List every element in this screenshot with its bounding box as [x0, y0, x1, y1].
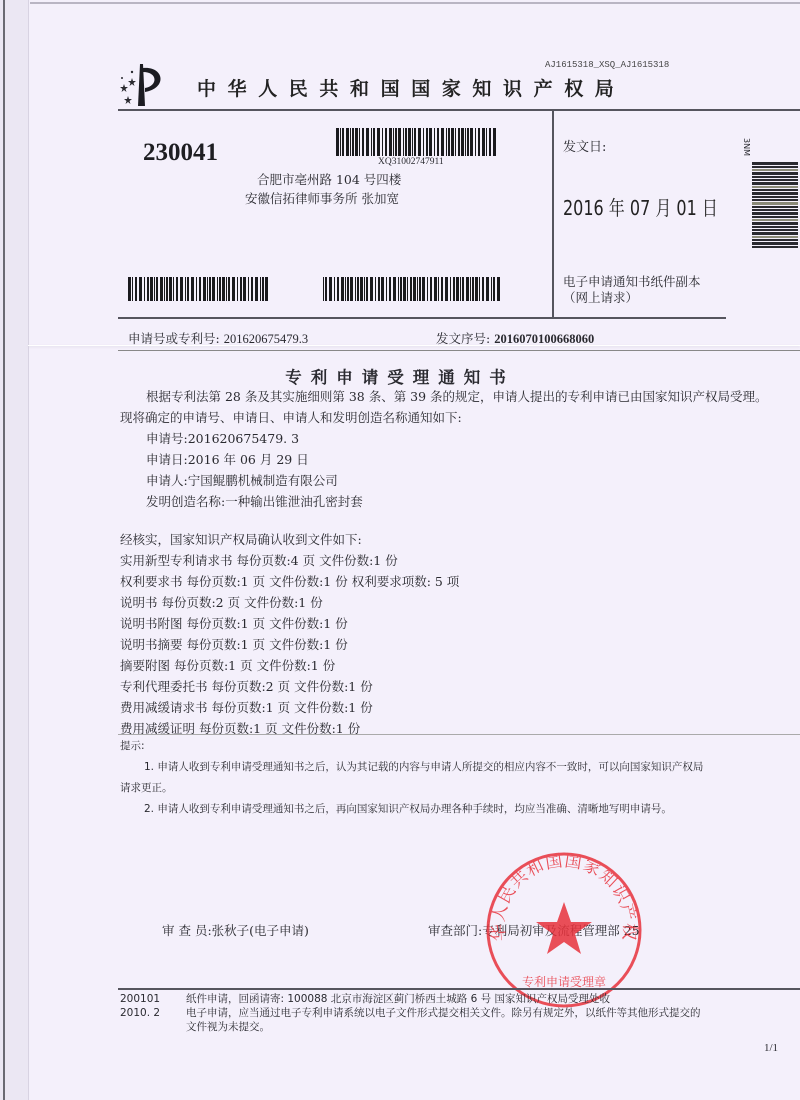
serial-number: 2016070100668060: [494, 332, 594, 346]
serial-label: 发文序号:: [436, 331, 490, 346]
issue-date-label: 发文日:: [563, 136, 606, 155]
field-applicant: 申请人:宁国鲲鹏机械制造有限公司: [146, 470, 338, 491]
examiner-row: 审 查 员:张秋子(电子申请): [162, 921, 309, 939]
received-file: 费用减缓请求书 每份页数:1 页 文件份数:1 份: [120, 697, 373, 718]
application-number: 201620675479.3: [224, 332, 308, 346]
address-line-1: 合肥市亳州路 104 号四楼: [257, 170, 401, 188]
department-label: 审查部门:: [428, 923, 482, 938]
address-line-2: 安徽信拓律师事务所 张加宽: [245, 189, 399, 207]
notice-title: 专利申请受理通知书: [0, 364, 800, 388]
routing-barcode-1: [128, 277, 269, 301]
footer-line-1: 纸件申请，回函请寄: 100088 北京市海淀区蓟门桥西土城路 6 号 国家知识…: [186, 992, 610, 1006]
official-seal-icon: 中华人民共和国国家知识产权局 专利申请受理章: [484, 850, 644, 1010]
received-file: 费用减缓证明 每份页数:1 页 文件份数:1 份: [120, 718, 360, 739]
organization-title: 中华人民共和国国家知识产权局: [197, 74, 625, 101]
side-mark: 3NM: [742, 138, 751, 156]
received-file: 专利代理委托书 每份页数:2 页 文件份数:1 份: [120, 676, 373, 697]
page-edge: [30, 2, 800, 4]
notice-intro: 根据专利法第 28 条及其实施细则第 38 条、第 39 条的规定，申请人提出的…: [120, 386, 780, 428]
side-barcode: [752, 162, 798, 249]
tips-rule: [118, 734, 800, 735]
header-rule: [118, 109, 800, 111]
footer-line-2: 电子申请，应当通过电子专利申请系统以电子文件形式提交相关文件。除另有规定外，以纸…: [186, 1006, 701, 1020]
examiner-label: 审 查 员:: [162, 923, 212, 938]
received-file: 说明书附图 每份页数:1 页 文件份数:1 份: [120, 613, 348, 634]
page-number: 1/1: [764, 1042, 778, 1054]
ids-rule: [118, 350, 800, 351]
column-divider: [552, 109, 554, 317]
footer-line-3: 文件视为未提交。: [186, 1020, 270, 1034]
field-application-number: 申请号:201620675479. 3: [146, 428, 299, 449]
examiner: 张秋子(电子申请): [212, 923, 309, 938]
reference-code: AJ1615318_XSQ_AJ1615318: [545, 60, 669, 70]
cnipa-logo-icon: [112, 62, 168, 106]
postal-code: 230041: [143, 139, 218, 167]
field-filing-date: 申请日:2016 年 06 月 29 日: [146, 449, 309, 470]
scan-edge: [0, 0, 29, 1100]
svg-text:专利申请受理章: 专利申请受理章: [522, 974, 606, 989]
received-file: 说明书摘要 每份页数:1 页 文件份数:1 份: [120, 634, 348, 655]
copy-note: 电子申请通知书纸件副本（网上请求）: [563, 274, 713, 306]
barcode-number: XQ31002747911: [378, 157, 444, 167]
tips-heading: 提示:: [120, 736, 145, 757]
received-file: 实用新型专利请求书 每份页数:4 页 文件份数:1 份: [120, 550, 398, 571]
tip-2: 2. 申请人收到专利申请受理通知书之后，再向国家知识产权局办理各种手续时，均应当…: [144, 799, 672, 820]
routing-barcode-2: [323, 277, 502, 301]
application-number-label: 申请号或专利号:: [128, 331, 220, 346]
field-invention-title: 发明创造名称:一种输出锥泄油孔密封套: [146, 491, 363, 512]
paper-fold: [28, 345, 800, 346]
tip-1-continued: 请求更正。: [120, 778, 173, 799]
address-rule: [118, 317, 726, 319]
footer-rule: [118, 988, 800, 990]
received-file: 说明书 每份页数:2 页 文件份数:1 份: [120, 592, 323, 613]
received-file: 权利要求书 每份页数:1 页 文件份数:1 份 权利要求项数: 5 项: [120, 571, 459, 592]
form-version: 2010. 2: [120, 1006, 160, 1020]
received-file: 摘要附图 每份页数:1 页 文件份数:1 份: [120, 655, 335, 676]
issue-date: 2016 年 07 月 01 日: [563, 192, 718, 221]
mail-barcode: [336, 128, 498, 156]
form-code: 200101: [120, 992, 160, 1006]
received-heading: 经核实，国家知识产权局确认收到文件如下:: [120, 529, 362, 550]
tip-1: 1. 申请人收到专利申请受理通知书之后，认为其记载的内容与申请人所提交的相应内容…: [144, 757, 703, 778]
